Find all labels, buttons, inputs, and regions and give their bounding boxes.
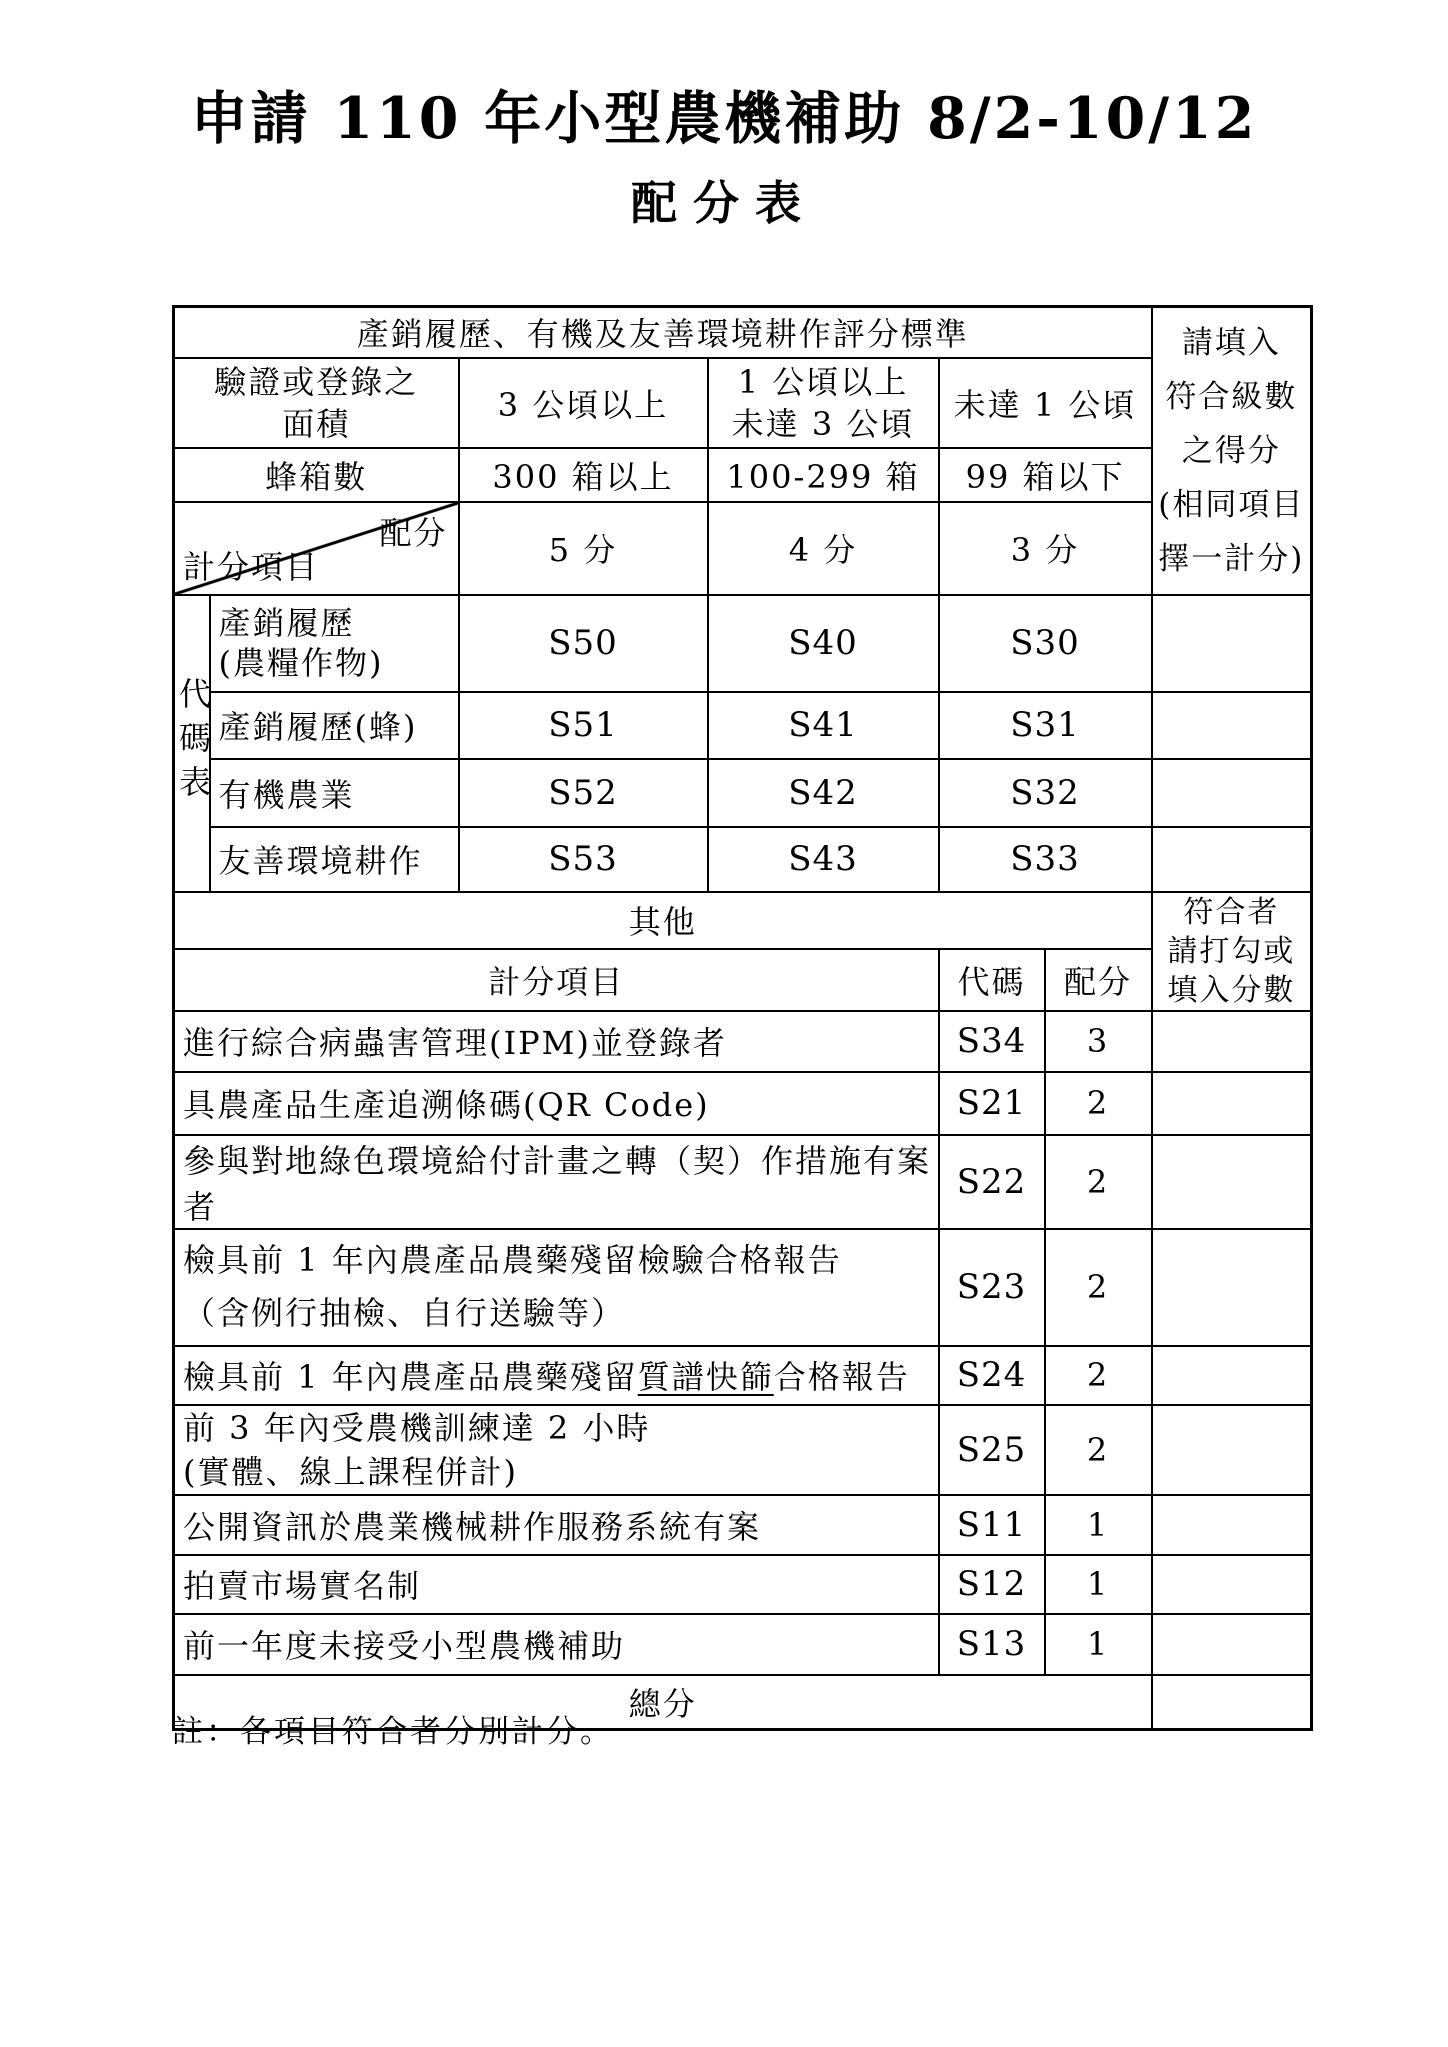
code-table-label-text: 代碼表	[175, 677, 210, 809]
page-subtitle: 配分表	[0, 180, 1448, 226]
beehive-col-100to299: 100-299 箱	[708, 448, 939, 502]
code-row-label-organic: 有機農業	[210, 759, 459, 827]
score-input-cell	[1152, 827, 1312, 892]
code-cell-s25: S25	[939, 1405, 1045, 1495]
item-cell-residue-report: 檢具前 1 年內農產品農藥殘留檢驗合格報告 （含例行抽檢、自行送驗等）	[174, 1229, 939, 1346]
score-input-cell	[1152, 1346, 1312, 1405]
points-4-label: 4 分	[708, 502, 939, 595]
code-cell-s30: S30	[939, 595, 1152, 692]
item-cell-training: 前 3 年內受農機訓練達 2 小時 (實體、線上課程併計)	[174, 1405, 939, 1495]
score-input-cell	[1152, 595, 1312, 692]
beehive-col-under99: 99 箱以下	[939, 448, 1152, 502]
points-cell-s34: 3	[1045, 1011, 1152, 1072]
item-text-prefix: 檢具前 1 年內農產品農藥殘留	[183, 1358, 638, 1396]
score-input-cell	[1152, 759, 1312, 827]
points-5-label: 5 分	[459, 502, 708, 595]
item-cell-ipm: 進行綜合病蟲害管理(IPM)並登錄者	[174, 1011, 939, 1072]
score-input-cell	[1152, 1135, 1312, 1229]
upper-section-title: 產銷履歷、有機及友善環境耕作評分標準	[174, 307, 1152, 358]
item-cell-green-payment: 參與對地綠色環境給付計畫之轉（契）作措施有案者	[174, 1135, 939, 1229]
code-cell-s24: S24	[939, 1346, 1045, 1405]
diagonal-cell: 配分 計分項目	[174, 502, 459, 595]
score-input-cell	[1152, 1011, 1312, 1072]
other-header-points: 配分	[1045, 949, 1152, 1010]
code-cell-s32: S32	[939, 759, 1152, 827]
points-3-label: 3 分	[939, 502, 1152, 595]
other-header-code: 代碼	[939, 949, 1045, 1010]
score-input-cell	[1152, 692, 1312, 759]
points-cell-s24: 2	[1045, 1346, 1152, 1405]
code-cell-s51: S51	[459, 692, 708, 759]
code-cell-s42: S42	[708, 759, 939, 827]
points-cell-s13: 1	[1045, 1614, 1152, 1675]
code-cell-s53: S53	[459, 827, 708, 892]
code-cell-s50: S50	[459, 595, 708, 692]
points-cell-s22: 2	[1045, 1135, 1152, 1229]
beehive-col-300plus: 300 箱以上	[459, 448, 708, 502]
items-corner-label: 計分項目	[183, 542, 319, 588]
fill-instruction: 請填入 符合級數 之得分 (相同項目 擇一計分)	[1152, 307, 1312, 595]
page-title: 申請 110 年小型農機補助 8/2-10/12	[0, 90, 1448, 147]
item-cell-public-info: 公開資訊於農業機械耕作服務系統有案	[174, 1495, 939, 1555]
points-cell-s11: 1	[1045, 1495, 1152, 1555]
points-cell-s25: 2	[1045, 1405, 1152, 1495]
other-header-item: 計分項目	[174, 949, 939, 1010]
code-cell-s43: S43	[708, 827, 939, 892]
code-row-label-eco-friendly: 友善環境耕作	[210, 827, 459, 892]
points-cell-s21: 2	[1045, 1072, 1152, 1135]
code-cell-s13: S13	[939, 1614, 1045, 1675]
beehive-row-label: 蜂箱數	[174, 448, 459, 502]
code-cell-s41: S41	[708, 692, 939, 759]
score-input-cell	[1152, 1614, 1312, 1675]
score-input-cell	[1152, 1555, 1312, 1614]
score-input-cell	[1152, 1495, 1312, 1555]
other-section-title: 其他	[174, 892, 1152, 950]
points-cell-s23: 2	[1045, 1229, 1152, 1346]
code-cell-s34: S34	[939, 1011, 1045, 1072]
score-input-cell	[1152, 1229, 1312, 1346]
area-col-under1ha: 未達 1 公頃	[939, 358, 1152, 448]
score-input-cell	[1152, 1072, 1312, 1135]
code-row-label-trace-crops: 產銷履歷 (農糧作物)	[210, 595, 459, 692]
code-cell-s23: S23	[939, 1229, 1045, 1346]
item-cell-auction-market: 拍賣市場實名制	[174, 1555, 939, 1614]
scoring-table: 產銷履歷、有機及友善環境耕作評分標準 請填入 符合級數 之得分 (相同項目 擇一…	[172, 305, 1313, 1731]
item-text-suffix: 合格報告	[774, 1358, 910, 1396]
item-cell-no-prior-subsidy: 前一年度未接受小型農機補助	[174, 1614, 939, 1675]
tick-instruction: 符合者 請打勾或 填入分數	[1152, 892, 1312, 1011]
points-corner-label: 配分	[379, 508, 447, 554]
code-table-vertical-label: 代碼表	[174, 595, 210, 892]
total-score-input-cell	[1152, 1675, 1312, 1730]
code-cell-s12: S12	[939, 1555, 1045, 1614]
code-cell-s11: S11	[939, 1495, 1045, 1555]
code-cell-s31: S31	[939, 692, 1152, 759]
item-cell-qrcode: 具農產品生產追溯條碼(QR Code)	[174, 1072, 939, 1135]
code-cell-s21: S21	[939, 1072, 1045, 1135]
code-cell-s33: S33	[939, 827, 1152, 892]
score-input-cell	[1152, 1405, 1312, 1495]
area-col-1to3ha: 1 公頃以上 未達 3 公頃	[708, 358, 939, 448]
item-text-underlined: 質譜快篩	[638, 1358, 774, 1396]
code-cell-s22: S22	[939, 1135, 1045, 1229]
code-cell-s40: S40	[708, 595, 939, 692]
code-cell-s52: S52	[459, 759, 708, 827]
area-row-label: 驗證或登錄之 面積	[174, 358, 459, 448]
code-row-label-trace-bee: 產銷履歷(蜂)	[210, 692, 459, 759]
item-cell-mass-spec: 檢具前 1 年內農產品農藥殘留質譜快篩合格報告	[174, 1346, 939, 1405]
footnote: 註：各項目符合者分別計分。	[172, 1706, 614, 1751]
points-cell-s12: 1	[1045, 1555, 1152, 1614]
area-col-3ha: 3 公頃以上	[459, 358, 708, 448]
